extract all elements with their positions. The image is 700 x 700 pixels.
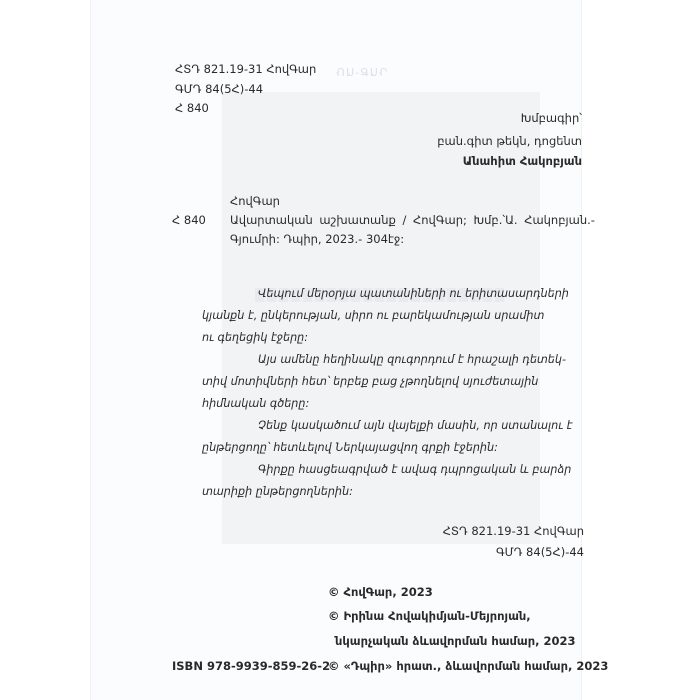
author-mark: Հ 840 — [175, 101, 209, 115]
udc-code: ՀՏԴ 821.19-31 ՀովԳար — [175, 62, 316, 76]
copyright-author: © ՀովԳար, 2023 — [328, 585, 433, 599]
annotation-line: Չենք կասկածում այն վայելքի մասին, որ ստա… — [202, 415, 532, 437]
annotation-line: տարիքի ընթերցողներին: — [202, 481, 532, 503]
annotation-line: ու գեղեցիկ էջերը: — [202, 327, 532, 349]
bib-imprint: Գյումրի: Դպիր, 2023.- 304էջ: — [230, 232, 404, 246]
copyright-illustrator: © Իրինա Հովակիմյան-Մեյրոյան, — [328, 609, 531, 623]
bib-author: ՀովԳար — [230, 194, 280, 208]
editor-label: Խմբագիր՝ — [521, 111, 582, 125]
udc-code-bottom: ՀՏԴ 821.19-31 ՀովԳար — [443, 524, 584, 538]
annotation-line: Վեպում մերօրյա պատանիների ու երիտասարդնե… — [202, 283, 532, 305]
annotation-line: հիմնական գծերը: — [202, 393, 532, 415]
copyright-publisher: © «Դպիր» հրատ., ձևավորման համար, 2023 — [328, 659, 608, 673]
annotation: Վեպում մերօրյա պատանիների ու երիտասարդնե… — [202, 283, 532, 503]
editor-credentials: բան.գիտ թեկն, դոցենտ — [437, 134, 582, 148]
annotation-line: Այս ամենը հեղինակը զուգորդում է հրաշալի … — [202, 349, 532, 371]
annotation-line: ընթերցողը՝ հետևելով Ներկայացվող գրքի էջե… — [202, 437, 532, 459]
bib-author-mark: Հ 840 — [172, 213, 206, 227]
bbk-code: ԳՄԴ 84(5Հ)-44 — [175, 82, 263, 96]
bib-title: Ավարտական աշխատանք / ՀովԳար; Խմբ.՝Ա. Հակ… — [230, 213, 595, 227]
isbn: ISBN 978-9939-859-26-2 — [172, 659, 330, 673]
annotation-line: տիվ մոտիվների հետ՝ երբեք բաց չթողնելով ս… — [202, 371, 532, 393]
editor-name: Անահիտ Հակոբյան — [463, 154, 582, 168]
show-through-text: ԴԱՔ-ԱՌ — [335, 66, 387, 79]
bbk-code-bottom: ԳՄԴ 84(5Հ)-44 — [496, 545, 584, 559]
annotation-line: կյանքն է, ընկերության, սիրո ու բարեկամու… — [202, 305, 532, 327]
copyright-illustration-note: նկարչական ձևավորման համար, 2023 — [335, 634, 575, 648]
annotation-line: Գիրքը հասցեագրված է ավագ դպրոցական և բար… — [202, 459, 532, 481]
